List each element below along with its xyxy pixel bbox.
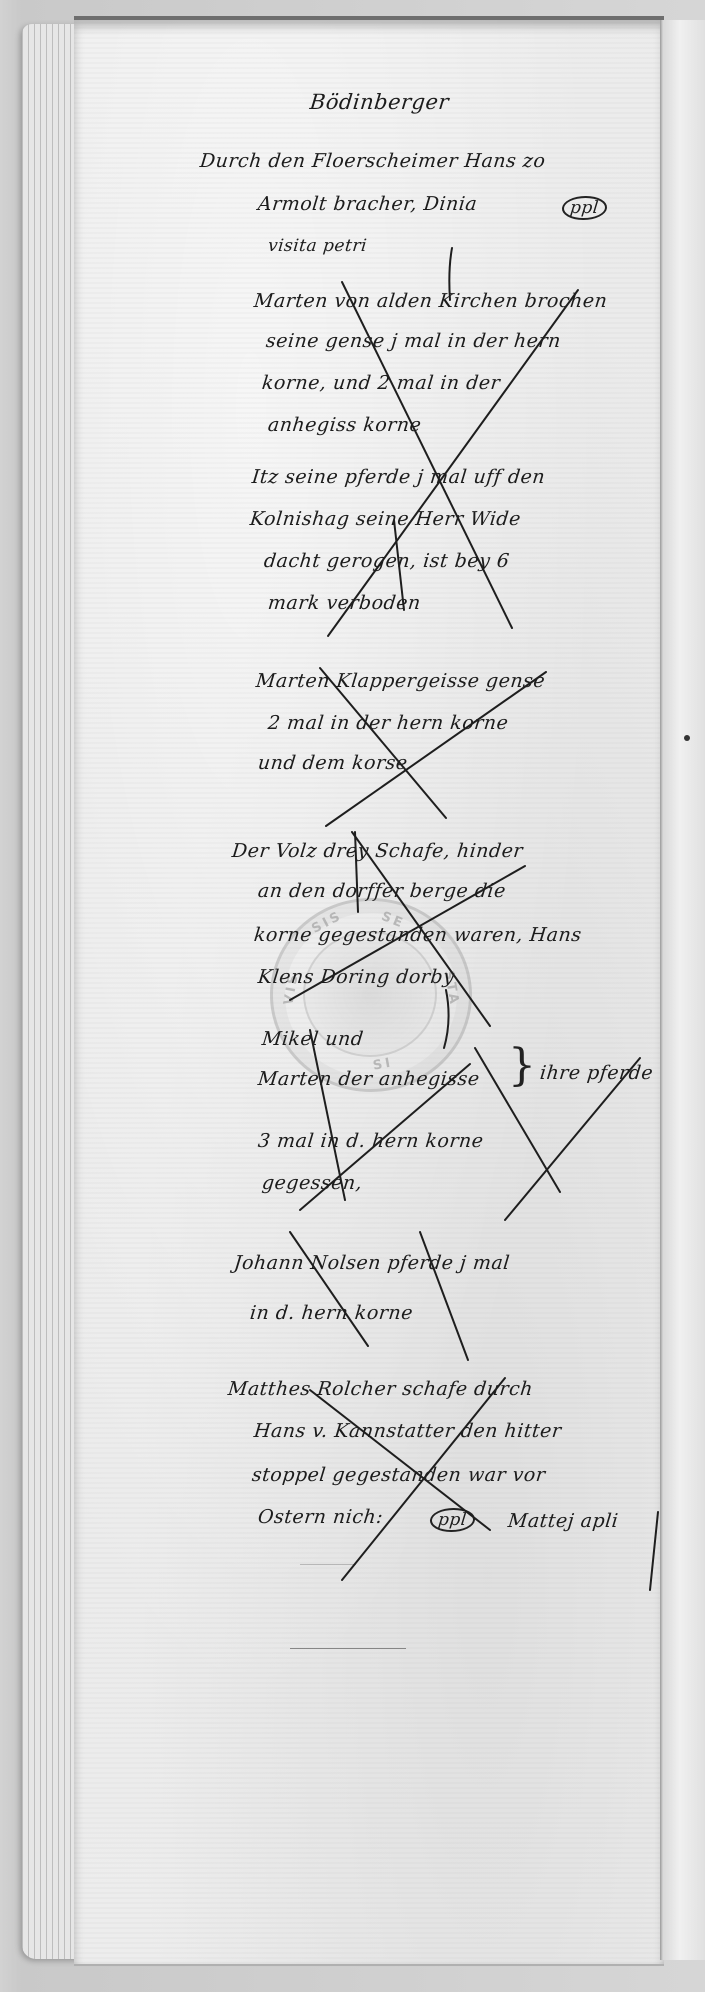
- ink-spot: [684, 735, 690, 741]
- entry-line: Itz seine pferde j mal uff den: [251, 466, 546, 488]
- entry-line: in d. hern korne: [249, 1302, 414, 1324]
- brace-mark: }: [508, 1040, 537, 1091]
- entry-line: visita petri: [267, 236, 368, 256]
- closing-rule: [290, 1648, 406, 1649]
- entry-line: gegessen,: [261, 1172, 364, 1194]
- entry-line: Armolt bracher, Dinia: [257, 193, 479, 215]
- entry-line: mark verboden: [267, 592, 422, 614]
- entry-line: korne, und 2 mal in der: [261, 372, 502, 394]
- entry-line: Marten Klappergeisse gense: [255, 670, 546, 692]
- entry-line: seine gense j mal in der hern: [265, 330, 562, 352]
- page-heading: Bödinberger: [309, 90, 451, 114]
- entry-line: stoppel gegestanden war vor: [251, 1464, 547, 1486]
- entry-line: anhegiss korne: [267, 414, 423, 436]
- entry-line: an den dorffer berge die: [257, 880, 507, 902]
- entry-line: 2 mal in der hern korne: [267, 712, 510, 734]
- entry-line: Marten von alden Kirchen brochen: [253, 290, 609, 312]
- entry-line: korne gegestanden waren, Hans: [253, 924, 583, 946]
- entry-line: dacht gerogen, ist bey 6: [263, 550, 511, 572]
- entry-line: Kolnishag seine Herr Wide: [249, 508, 522, 530]
- entry-line: Marten der anhegisse: [257, 1068, 481, 1090]
- entry-line: Johann Nolsen pferde j mal: [233, 1252, 511, 1274]
- entry-line: ihre pferde: [539, 1062, 654, 1084]
- entry-line: Durch den Floerscheimer Hans zo: [199, 150, 547, 172]
- adjacent-leaf-strip: [663, 20, 705, 1960]
- entry-line: Mattej apli: [507, 1510, 620, 1532]
- faint-rule: [300, 1564, 356, 1565]
- entry-line: Klens Doring dorby: [257, 966, 456, 988]
- entry-line: Ostern nich:: [257, 1506, 384, 1528]
- entry-line: 3 mal in d. hern korne: [257, 1130, 485, 1152]
- entry-line: Matthes Rolcher schafe durch: [227, 1378, 534, 1400]
- entry-line: und dem korse: [257, 752, 409, 774]
- entry-line: Mikel und: [261, 1028, 365, 1050]
- entry-line: Hans v. Kannstatter den hitter: [253, 1420, 563, 1442]
- entry-line: Der Volz drey Schafe, hinder: [231, 840, 524, 862]
